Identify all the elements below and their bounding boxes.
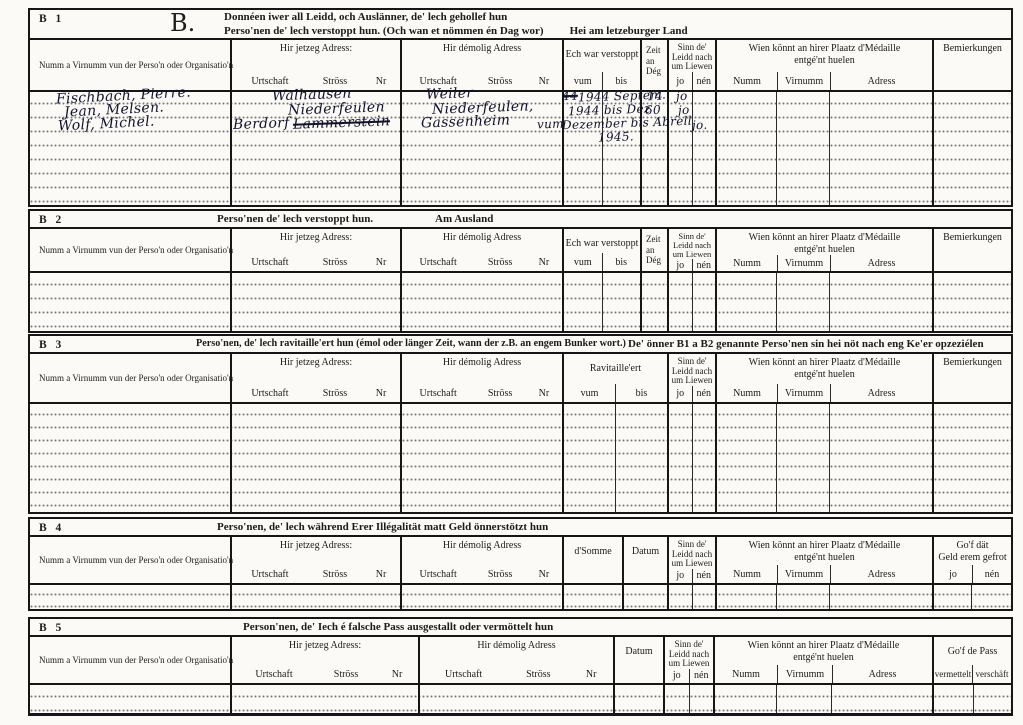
sub-nr: Nr: [526, 253, 562, 271]
body-col-medal-virnumm: [777, 273, 830, 331]
sub-stross: Ströss: [308, 565, 362, 583]
sub-virnumm: Virnumm: [777, 565, 830, 583]
still-alive-label: Sinn de'Leidd nachum Liewen: [665, 637, 713, 669]
col-header-pass-outcome: Go'f de Pass vermetteltverschäft: [934, 637, 1011, 683]
col-header-medal-recipient: Wien könnt an hirer Plaatz d'Médailleent…: [717, 40, 934, 90]
former-address-label: Hir démolig Adress: [402, 40, 562, 72]
hidden-period-label: Ech war verstoppt: [564, 40, 640, 72]
body-col-nen: [690, 685, 715, 713]
handwritten-date-struck: 44: [562, 89, 578, 104]
body-col-jo: [665, 685, 690, 713]
handwritten-year: 1945.: [598, 129, 634, 144]
medal-recipient-label: Wien könnt an hirer Plaatz d'Médailleent…: [715, 637, 932, 665]
body-col-current-address: [232, 273, 402, 331]
sub-jo: jo: [669, 386, 692, 403]
sub-virnumm: Virnumm: [777, 72, 830, 90]
sub-adress: Adress: [830, 565, 932, 583]
section-b5-body: [30, 685, 1011, 713]
body-col-name: [30, 585, 232, 609]
col-header-medal-recipient: Wien könnt an hirer Plaatz d'Médailleent…: [715, 637, 934, 683]
former-address-label: Hir démolig Adress: [420, 637, 613, 665]
sub-nr: Nr: [376, 665, 418, 683]
sub-numm: Numm: [717, 565, 777, 583]
section-b2: B 2 Perso'nen de' lech verstoppt hun. Am…: [28, 209, 1013, 333]
col-header-supplied-period: Ravitaille'ert vumbis: [564, 354, 669, 402]
sub-urtschaft: Urtschaft: [402, 384, 474, 402]
handwritten-jo: jo.: [692, 118, 708, 133]
sub-stross: Ströss: [316, 665, 376, 683]
col-header-former-address: Hir démolig Adress UrtschaftStrössNr: [402, 354, 564, 402]
days-label-2: an: [646, 56, 667, 67]
col-header-hidden-period: Ech war verstoppt vumbis: [564, 229, 642, 271]
sub-vermettelt: vermettelt: [934, 665, 972, 683]
section-b2-title-band: B 2 Perso'nen de' lech verstoppt hun. Am…: [30, 211, 1011, 229]
body-col-returned-nen: [972, 585, 1011, 609]
body-col-nen: [693, 92, 717, 205]
sub-nen: nén: [692, 72, 716, 90]
section-b1-title-line1: Donnéen iwer all Leidd, och Auslänner, d…: [224, 11, 507, 23]
sub-virnumm: Virnumm: [777, 384, 830, 402]
body-col-name: [30, 273, 232, 331]
supplied-period-label: Ravitaille'ert: [564, 354, 667, 384]
col-header-amount: d'Somme: [564, 537, 624, 583]
body-col-former-address: [402, 404, 564, 512]
days-label-1: Zeit: [646, 234, 667, 245]
sub-jo: jo: [669, 569, 692, 584]
body-col-jo: [669, 273, 693, 331]
body-col-medal-adress: [832, 685, 934, 713]
former-address-label: Hir démolig Adress: [402, 229, 562, 253]
still-alive-label: Sinn de'Leidd nachum Liewen: [669, 354, 715, 386]
sub-bis: bis: [615, 384, 667, 402]
section-b1-big-letter: B.: [170, 10, 195, 36]
sub-nr: Nr: [526, 565, 562, 583]
col-header-name: Numm a Virnumm vun der Perso'n oder Orga…: [30, 229, 232, 271]
current-address-label: Hir jetzeg Adress:: [232, 40, 400, 72]
col-header-former-address: Hir démolig Adress UrtschaftStrössNr: [402, 229, 564, 271]
body-col-date: [615, 685, 665, 713]
col-header-still-alive: Sinn de'Leidd nachum Liewen jonén: [669, 537, 717, 583]
body-col-medal-numm: [717, 585, 777, 609]
col-header-current-address: Hir jetzeg Adress: UrtschaftStrössNr: [232, 637, 420, 683]
sub-stross: Ströss: [507, 665, 569, 683]
sub-virnumm: Virnumm: [777, 665, 832, 683]
body-col-date: [624, 585, 669, 609]
sub-stross: Ströss: [474, 565, 526, 583]
col-header-name: Numm a Virnumm vun der Perso'n oder Orga…: [30, 537, 232, 583]
col-header-current-address: Hir jetzeg Adress: UrtschaftStrössNr: [232, 40, 402, 90]
sub-stross: Ströss: [474, 72, 526, 90]
section-b2-header-row: Numm a Virnumm vun der Perso'n oder Orga…: [30, 229, 1011, 273]
body-col-amount: [564, 585, 624, 609]
medal-recipient-label: Wien könnt an hirer Plaatz d'Médailleent…: [717, 537, 932, 565]
section-b3-title-note: De' önner B1 a B2 genannte Perso'nen sin…: [628, 338, 984, 350]
col-header-remarks: Bemierkungen: [934, 354, 1011, 402]
col-header-current-address: Hir jetzeg Adress: UrtschaftStrössNr: [232, 229, 402, 271]
section-b4-body: [30, 585, 1011, 609]
body-col-medal-numm: [717, 404, 777, 512]
section-b1-title-suffix: Hei am letzeburger Land: [570, 25, 688, 37]
sub-nen: nén: [692, 569, 716, 584]
sub-verschaft: verschäft: [972, 665, 1011, 683]
col-header-remarks: Bemierkungen: [934, 40, 1011, 90]
section-b4: B 4 Perso'nen, de' lech während Erer Ill…: [28, 517, 1013, 611]
date-label: Datum: [615, 637, 663, 683]
hidden-period-label: Ech war verstoppt: [564, 229, 640, 253]
body-col-nen: [693, 585, 717, 609]
former-address-label: Hir démolig Adress: [402, 537, 562, 565]
body-col-medal-numm: [717, 273, 777, 331]
body-col-name: [30, 404, 232, 512]
sub-numm: Numm: [715, 665, 777, 683]
sub-stross: Ströss: [474, 384, 526, 402]
col-header-name-label: Numm a Virnumm vun der Perso'n oder Orga…: [39, 60, 233, 70]
body-col-medal-adress: [830, 273, 934, 331]
body-col-jo: [669, 585, 693, 609]
sub-nr: Nr: [362, 565, 400, 583]
body-col-medal-virnumm: [777, 685, 832, 713]
col-header-name: Numm a Virnumm vun der Perso'n oder Orga…: [30, 354, 232, 402]
sub-nr: Nr: [362, 384, 400, 402]
body-col-nen: [693, 273, 717, 331]
col-header-former-address: Hir démolig Adress UrtschaftStrössNr: [402, 40, 564, 90]
col-header-still-alive: Sinn de'Leidd nachum Liewen jonén: [669, 354, 717, 402]
section-b5-title-band: B 5 Person'nen, de' Iech é falsche Pass …: [30, 619, 1011, 637]
section-b1-id: B 1: [39, 13, 64, 25]
section-b3-title: Perso'nen, de' lech ravitaille'ert hun (…: [196, 338, 626, 349]
handwritten-former-address: Gassenheim: [421, 112, 511, 131]
col-header-name: Numm a Virnumm vun der Perso'n oder Orga…: [30, 637, 232, 683]
sub-adress: Adress: [830, 72, 932, 90]
sub-nr: Nr: [526, 72, 562, 90]
days-label-3: Dég: [646, 66, 667, 77]
sub-virnumm: Virnumm: [777, 255, 830, 271]
sub-vum: vum: [564, 384, 615, 402]
section-b5: B 5 Person'nen, de' Iech é falsche Pass …: [28, 617, 1013, 716]
sub-numm: Numm: [717, 255, 777, 271]
section-b2-title-location: Am Ausland: [435, 213, 493, 225]
sub-vum: vum: [564, 253, 602, 271]
section-b1-title: Donnéen iwer all Leidd, och Auslänner, d…: [224, 11, 688, 38]
body-col-name: [30, 685, 232, 713]
sub-stross: Ströss: [308, 384, 362, 402]
days-label-2: an: [646, 245, 667, 256]
sub-jo: jo: [934, 565, 972, 583]
col-header-current-address: Hir jetzeg Adress: UrtschaftStrössNr: [232, 354, 402, 402]
days-label-3: Dég: [646, 255, 667, 266]
col-header-hidden-period: Ech war verstoppt vumbis: [564, 40, 642, 90]
sub-urtschaft: Urtschaft: [232, 384, 308, 402]
date-label: Datum: [624, 537, 667, 583]
body-col-medal-virnumm: [777, 585, 830, 609]
col-header-days: Zeit an Dég: [642, 229, 669, 271]
remarks-label: Bemierkungen: [934, 40, 1011, 90]
body-col-jo: [669, 404, 693, 512]
col-header-former-address: Hir démolig Adress UrtschaftStrössNr: [420, 637, 615, 683]
money-returned-label: Go'f dätGeld erem gefrot: [934, 537, 1011, 565]
col-header-name-label: Numm a Virnumm vun der Perso'n oder Orga…: [39, 555, 233, 565]
body-col-remarks: [934, 273, 1011, 331]
col-header-remarks: Bemierkungen: [934, 229, 1011, 271]
medal-recipient-label: Wien könnt an hirer Plaatz d'Médailleent…: [717, 40, 932, 72]
sub-nen: nén: [689, 669, 714, 684]
col-header-name-label: Numm a Virnumm vun der Perso'n oder Orga…: [39, 655, 233, 665]
body-col-bis: [616, 404, 669, 512]
section-b4-id: B 4: [39, 522, 64, 534]
body-col-medal-virnumm: [777, 404, 830, 512]
current-address-label: Hir jetzeg Adress:: [232, 229, 400, 253]
body-col-nen: [693, 404, 717, 512]
sub-numm: Numm: [717, 72, 777, 90]
body-col-current-address: [232, 404, 402, 512]
current-address-label: Hir jetzeg Adress:: [232, 354, 400, 384]
body-col-days: [642, 273, 669, 331]
handwritten-current-address: Berdorf: [233, 115, 290, 133]
body-col-medal-adress: [830, 404, 934, 512]
body-col-pass-vermettelt: [934, 685, 974, 713]
sub-bis: bis: [602, 253, 641, 271]
current-address-label: Hir jetzeg Adress:: [232, 537, 400, 565]
remarks-label: Bemierkungen: [934, 229, 1011, 271]
sub-stross: Ströss: [308, 253, 362, 271]
body-col-vum: [564, 404, 616, 512]
body-col-former-address: [420, 685, 615, 713]
handwritten-jo: jo: [676, 89, 688, 103]
col-header-name: Numm a Virnumm vun der Perso'n oder Orga…: [30, 40, 232, 90]
medal-recipient-label: Wien könnt an hirer Plaatz d'Médailleent…: [717, 354, 932, 384]
sub-nen: nén: [972, 565, 1011, 583]
sub-jo: jo: [669, 259, 692, 271]
pass-outcome-label: Go'f de Pass: [934, 637, 1011, 665]
section-b3-header-row: Numm a Virnumm vun der Perso'n oder Orga…: [30, 354, 1011, 404]
body-col-former-address: [402, 585, 564, 609]
section-b2-id: B 2: [39, 214, 64, 226]
col-header-money-returned: Go'f dätGeld erem gefrot jonén: [934, 537, 1011, 583]
section-b4-title-band: B 4 Perso'nen, de' lech während Erer Ill…: [30, 519, 1011, 537]
sub-urtschaft: Urtschaft: [232, 565, 308, 583]
section-b4-header-row: Numm a Virnumm vun der Perso'n oder Orga…: [30, 537, 1011, 585]
sub-nr: Nr: [362, 72, 400, 90]
section-b1-title-band: B 1 B. Donnéen iwer all Leidd, och Auslä…: [30, 10, 1011, 40]
section-b3-title-band: B 3 Perso'nen, de' lech ravitaille'ert h…: [30, 336, 1011, 354]
sub-nr: Nr: [569, 665, 613, 683]
section-b4-title: Perso'nen, de' lech während Erer Illégal…: [217, 521, 548, 533]
body-col-bis: [603, 273, 642, 331]
col-header-still-alive: Sinn de'Leidd nachum Liewen jonén: [669, 229, 717, 271]
sub-urtschaft: Urtschaft: [232, 253, 308, 271]
still-alive-label: Sinn de'Leidd nachum Liewen: [669, 229, 715, 259]
sub-urtschaft: Urtschaft: [402, 565, 474, 583]
sub-nr: Nr: [362, 253, 400, 271]
sub-stross: Ströss: [474, 253, 526, 271]
handwritten-current-address-struck: Lammerstein: [293, 113, 391, 132]
col-header-date: Datum: [615, 637, 665, 683]
medal-recipient-label: Wien könnt an hirer Plaatz d'Médailleent…: [717, 229, 932, 255]
body-col-current-address: [232, 585, 402, 609]
body-col-medal-virnumm: [777, 92, 830, 205]
col-header-medal-recipient: Wien könnt an hirer Plaatz d'Médailleent…: [717, 229, 934, 271]
body-col-medal-numm: [715, 685, 777, 713]
body-col-vum: [564, 273, 603, 331]
sub-bis: bis: [602, 72, 641, 90]
col-header-medal-recipient: Wien könnt an hirer Plaatz d'Médailleent…: [717, 537, 934, 583]
col-header-former-address: Hir démolig Adress UrtschaftStrössNr: [402, 537, 564, 583]
col-header-name-label: Numm a Virnumm vun der Perso'n oder Orga…: [39, 373, 233, 383]
current-address-label: Hir jetzeg Adress:: [232, 637, 418, 665]
sub-jo: jo: [665, 669, 689, 684]
section-b2-title: Perso'nen de' lech verstoppt hun.: [217, 213, 373, 225]
amount-label: d'Somme: [564, 537, 622, 583]
body-col-former-address: [402, 273, 564, 331]
sub-urtschaft: Urtschaft: [232, 665, 316, 683]
section-b3-id: B 3: [39, 339, 64, 351]
sub-nen: nén: [692, 386, 716, 403]
section-b5-id: B 5: [39, 622, 64, 634]
body-col-remarks: [934, 404, 1011, 512]
body-col-pass-verschaft: [974, 685, 1011, 713]
scanned-form-page: B 1 B. Donnéen iwer all Leidd, och Auslä…: [0, 0, 1023, 725]
body-col-medal-adress: [830, 585, 934, 609]
handwritten-vum-word: vum: [537, 117, 564, 132]
section-b1-title-line2: Perso'nen de' lech verstoppt hun. (Och w…: [224, 25, 544, 37]
col-header-date: Datum: [624, 537, 669, 583]
section-b5-header-row: Numm a Virnumm vun der Perso'n oder Orga…: [30, 637, 1011, 685]
section-b3-body: [30, 404, 1011, 512]
sub-nen: nén: [692, 259, 716, 271]
body-col-medal-adress: [830, 92, 934, 205]
col-header-still-alive: Sinn de'Leidd nachum Liewen jonén: [669, 40, 717, 90]
former-address-label: Hir démolig Adress: [402, 354, 562, 384]
sub-nr: Nr: [526, 384, 562, 402]
col-header-current-address: Hir jetzeg Adress: UrtschaftStrössNr: [232, 537, 402, 583]
sub-urtschaft: Urtschaft: [420, 665, 507, 683]
col-header-days: Zeit an Dég: [642, 40, 669, 90]
body-col-returned-jo: [934, 585, 972, 609]
section-b2-body: [30, 273, 1011, 331]
remarks-label: Bemierkungen: [934, 354, 1011, 402]
section-b3: B 3 Perso'nen, de' lech ravitaille'ert h…: [28, 334, 1013, 514]
section-b5-title: Person'nen, de' Iech é falsche Pass ausg…: [243, 621, 553, 633]
col-header-name-label: Numm a Virnumm vun der Perso'n oder Orga…: [39, 245, 233, 255]
sub-urtschaft: Urtschaft: [402, 253, 474, 271]
still-alive-label: Sinn de'Leidd nachum Liewen: [669, 537, 715, 569]
col-header-medal-recipient: Wien könnt an hirer Plaatz d'Médailleent…: [717, 354, 934, 402]
body-col-remarks: [934, 92, 1011, 205]
sub-adress: Adress: [832, 665, 932, 683]
days-label-1: Zeit: [646, 45, 667, 56]
sub-vum: vum: [564, 72, 602, 90]
body-col-current-address: [232, 685, 420, 713]
sub-numm: Numm: [717, 384, 777, 402]
col-header-still-alive: Sinn de'Leidd nachum Liewen jonén: [665, 637, 715, 683]
body-col-medal-numm: [717, 92, 777, 205]
sub-adress: Adress: [830, 384, 932, 402]
sub-adress: Adress: [830, 255, 932, 271]
sub-jo: jo: [669, 72, 692, 90]
still-alive-label: Sinn de'Leidd nachum Liewen: [669, 40, 715, 72]
